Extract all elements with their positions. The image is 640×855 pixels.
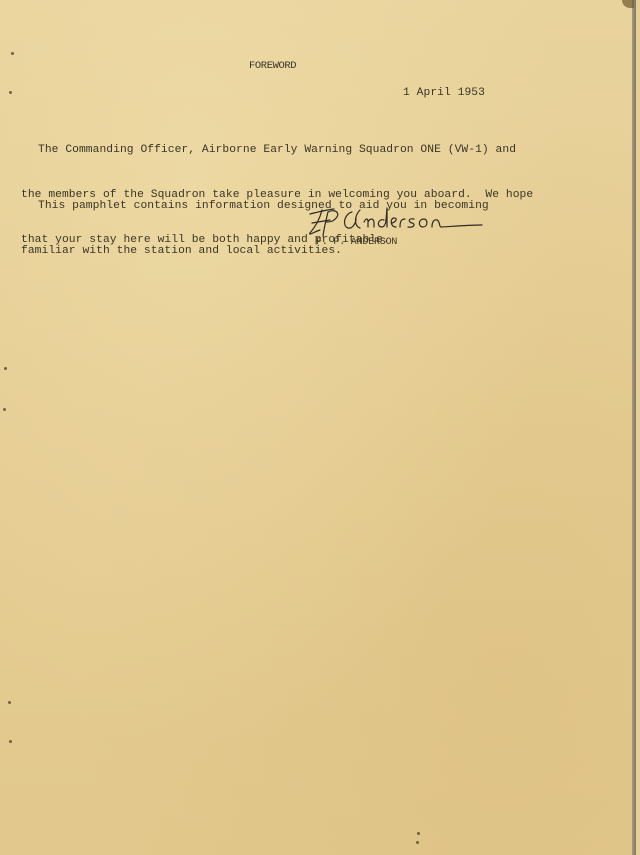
document-heading: FOREWORD (249, 59, 296, 74)
signer-name: F. P. ANDERSON (316, 235, 397, 250)
document-date: 1 April 1953 (403, 86, 485, 101)
document-page: FOREWORD 1 April 1953 The Commanding Off… (0, 0, 636, 855)
paragraph-line: The Commanding Officer, Airborne Early W… (21, 143, 541, 158)
punch-mark (417, 832, 420, 835)
punch-mark (8, 701, 11, 704)
punch-mark (3, 408, 6, 411)
punch-mark (9, 740, 12, 743)
punch-mark (416, 841, 419, 844)
punch-mark (11, 52, 14, 55)
punch-mark (4, 367, 7, 370)
page-edge (632, 0, 636, 855)
punch-mark (9, 91, 12, 94)
page-corner (622, 0, 634, 8)
paragraph-line: familiar with the station and local acti… (21, 244, 541, 259)
